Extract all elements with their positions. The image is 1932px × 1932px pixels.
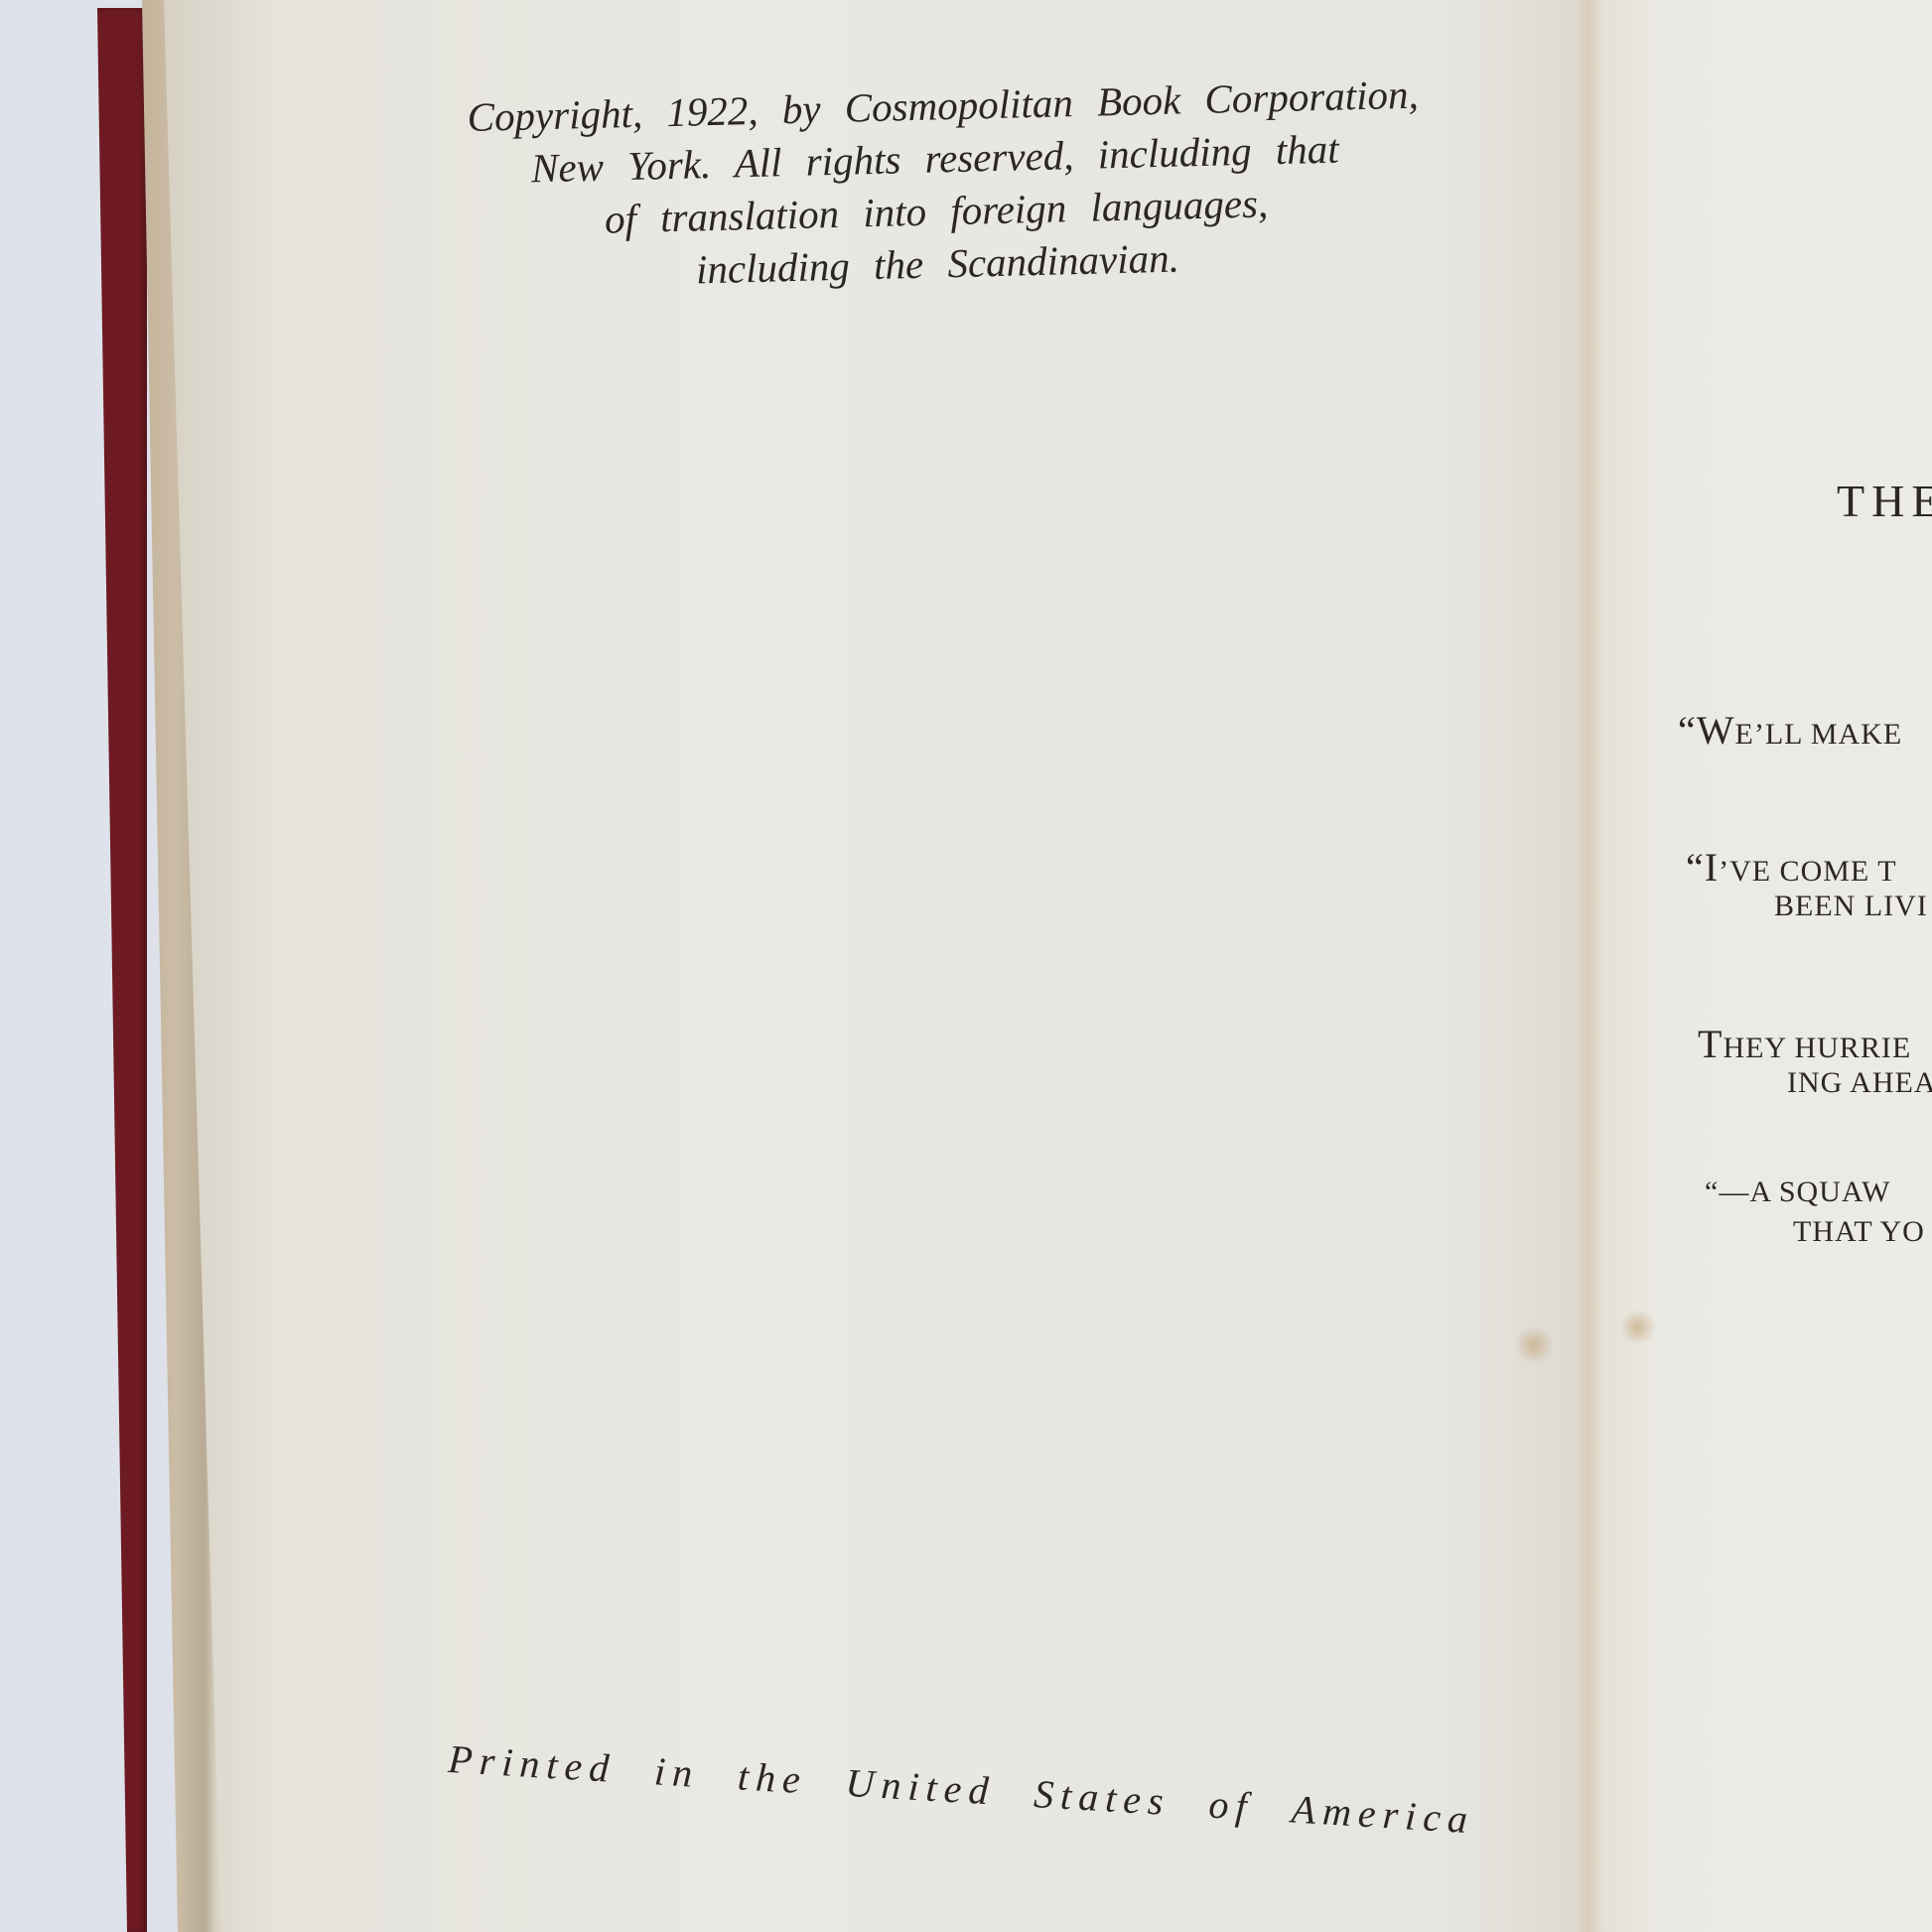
illustration-entry-continuation: THAT YO [1793, 1215, 1925, 1249]
book-gutter [1577, 0, 1602, 1932]
foxing-stain [1618, 1311, 1658, 1344]
foxing-stain [1514, 1325, 1554, 1365]
right-page [1588, 0, 1932, 1932]
illustration-entry-continuation: ING AHEA [1787, 1066, 1932, 1100]
illustration-entry: “I’VE COME T [1686, 844, 1897, 891]
illustrations-heading: THE [1837, 475, 1932, 527]
illustration-entry: THEY HURRIE [1698, 1021, 1911, 1067]
illustration-entry: “WE’LL MAKE [1678, 707, 1902, 754]
copyright-notice: Copyright, 1922, by Cosmopolitan Book Co… [467, 69, 1405, 302]
illustration-entry-continuation: BEEN LIVI [1774, 890, 1928, 923]
illustration-entry: “—A SQUAW [1705, 1175, 1890, 1209]
